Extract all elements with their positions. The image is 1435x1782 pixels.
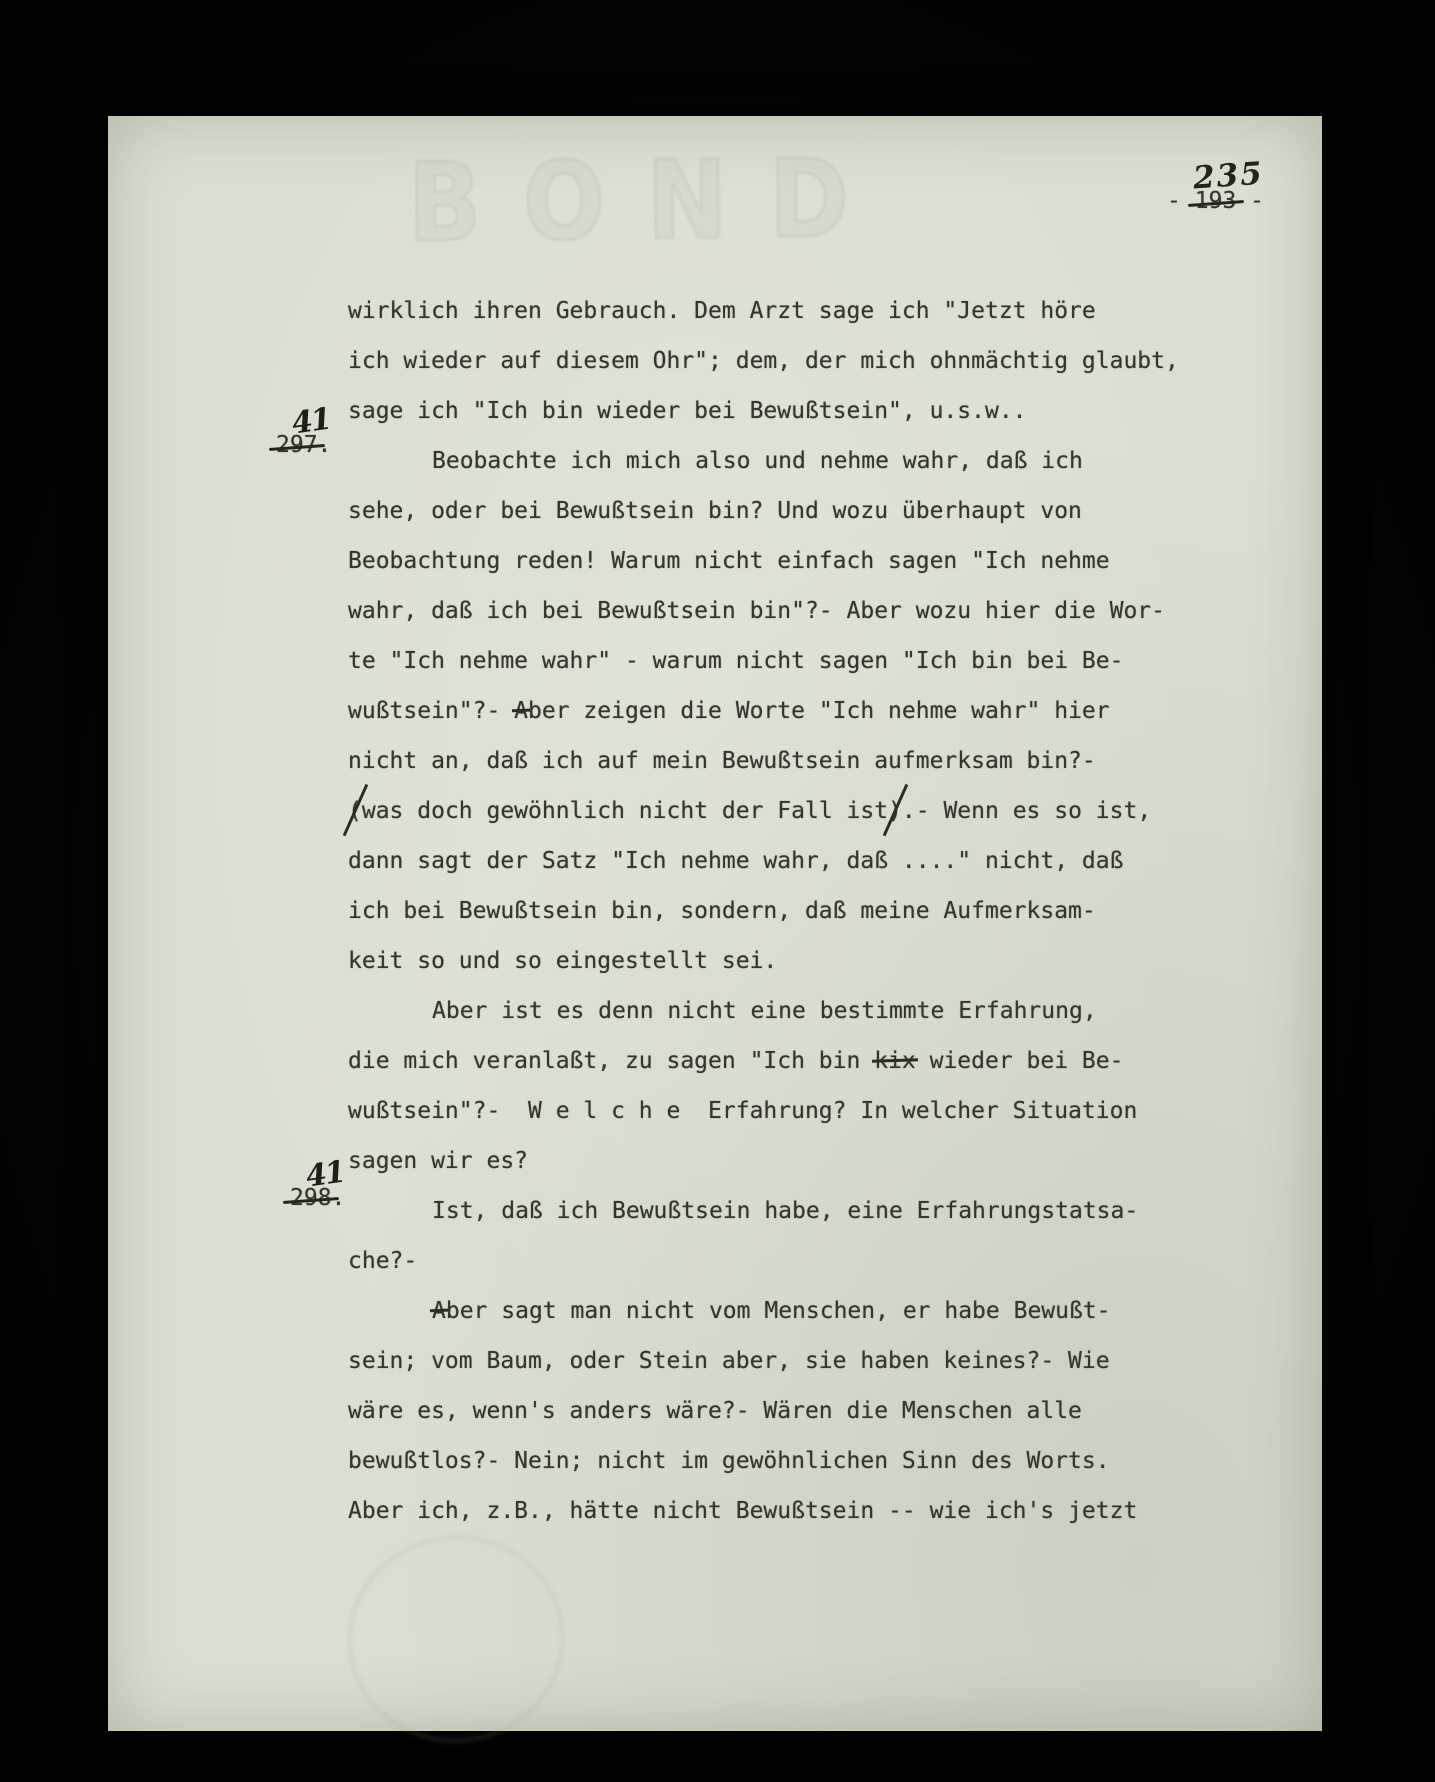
text-segment: ber zeigen die Worte "Ich nehme wahr" hi…	[528, 698, 1110, 724]
text-segment: nicht an, daß ich auf mein Bewußtsein au…	[348, 748, 1096, 774]
struck-remark-number: 298	[290, 1185, 332, 1211]
typescript-body: wirklich ihren Gebrauch. Dem Arzt sage i…	[348, 286, 1198, 1536]
text-line: wäre es, wenn's anders wäre?- Wären die …	[348, 1386, 1198, 1436]
page-number-block: 235 - 193 -	[1167, 158, 1264, 214]
text-line: ich wieder auf diesem Ohr"; dem, der mic…	[348, 336, 1198, 386]
struck-text-segment: A	[514, 686, 528, 736]
text-segment: keit so und so eingestellt sei.	[348, 948, 777, 974]
struck-text-segment: kix	[874, 1036, 916, 1086]
text-line: Beobachte ich mich also und nehme wahr, …	[348, 436, 1198, 486]
document-page: BOND 235 - 193 - 41 297. 41 298. wirklic…	[108, 116, 1322, 1731]
text-segment: sein; vom Baum, oder Stein aber, sie hab…	[348, 1348, 1110, 1374]
text-segment: ich bei Bewußtsein bin, sondern, daß mei…	[348, 898, 1096, 924]
text-line: dann sagt der Satz "Ich nehme wahr, daß …	[348, 836, 1198, 886]
paper-watermark: BOND	[408, 134, 1109, 266]
text-segment: sagen wir es?	[348, 1148, 528, 1174]
text-segment: sage ich "Ich bin wieder bei Bewußtsein"…	[348, 398, 1027, 424]
text-line: Beobachtung reden! Warum nicht einfach s…	[348, 536, 1198, 586]
text-segment: wäre es, wenn's anders wäre?- Wären die …	[348, 1398, 1082, 1424]
text-segment: dann sagt der Satz "Ich nehme wahr, daß …	[348, 848, 1123, 874]
text-segment: bewußtlos?- Nein; nicht im gewöhnlichen …	[348, 1448, 1110, 1474]
text-segment: wieder bei Be-	[916, 1048, 1124, 1074]
text-segment: wirklich ihren Gebrauch. Dem Arzt sage i…	[348, 298, 1096, 324]
text-segment: che?-	[348, 1248, 417, 1274]
text-segment: Aber ist es denn nicht eine bestimmte Er…	[432, 998, 1097, 1024]
text-line: wahr, daß ich bei Bewußtsein bin"?- Aber…	[348, 586, 1198, 636]
struck-old-page-number: 193	[1195, 188, 1237, 214]
struck-text-segment: A	[432, 1286, 446, 1336]
text-line: wußtsein"?- W e l c h e Erfahrung? In we…	[348, 1086, 1198, 1136]
text-line: Aber sagt man nicht vom Menschen, er hab…	[348, 1286, 1198, 1336]
photo-background: BOND 235 - 193 - 41 297. 41 298. wirklic…	[0, 0, 1435, 1782]
text-segment: Ist, daß ich Bewußtsein habe, eine Erfah…	[432, 1198, 1138, 1224]
text-line: bewußtlos?- Nein; nicht im gewöhnlichen …	[348, 1436, 1198, 1486]
text-line: wirklich ihren Gebrauch. Dem Arzt sage i…	[348, 286, 1198, 336]
text-line: wußtsein"?- Aber zeigen die Worte "Ich n…	[348, 686, 1198, 736]
text-line: ich bei Bewußtsein bin, sondern, daß mei…	[348, 886, 1198, 936]
text-segment: was doch gewöhnlich nicht der Fall ist	[362, 798, 888, 824]
text-segment: te "Ich nehme wahr" - warum nicht sagen …	[348, 648, 1123, 674]
text-segment: wußtsein"?-	[348, 698, 514, 724]
margin-annotation-298: 41 298.	[290, 1157, 345, 1211]
text-segment: Beobachtung reden! Warum nicht einfach s…	[348, 548, 1110, 574]
struck-text-segment: (	[348, 786, 362, 836]
text-line: sage ich "Ich bin wieder bei Bewußtsein"…	[348, 386, 1198, 436]
text-line: che?-	[348, 1236, 1198, 1286]
text-segment: Beobachte ich mich also und nehme wahr, …	[432, 448, 1083, 474]
struck-remark-number: 297	[276, 432, 318, 458]
text-line: die mich veranlaßt, zu sagen "Ich bin ki…	[348, 1036, 1198, 1086]
text-line: nicht an, daß ich auf mein Bewußtsein au…	[348, 736, 1198, 786]
text-line: te "Ich nehme wahr" - warum nicht sagen …	[348, 636, 1198, 686]
text-line: keit so und so eingestellt sei.	[348, 936, 1198, 986]
text-segment: wußtsein"?- W e l c h e Erfahrung? In we…	[348, 1098, 1137, 1124]
text-segment: Aber ich, z.B., hätte nicht Bewußtsein -…	[348, 1498, 1137, 1524]
text-line: Aber ist es denn nicht eine bestimmte Er…	[348, 986, 1198, 1036]
text-segment: die mich veranlaßt, zu sagen "Ich bin	[348, 1048, 874, 1074]
text-line: sehe, oder bei Bewußtsein bin? Und wozu …	[348, 486, 1198, 536]
text-line: (was doch gewöhnlich nicht der Fall ist)…	[348, 786, 1198, 836]
text-segment: ich wieder auf diesem Ohr"; dem, der mic…	[348, 348, 1179, 374]
text-segment: .- Wenn es so ist,	[902, 798, 1151, 824]
text-line: sein; vom Baum, oder Stein aber, sie hab…	[348, 1336, 1198, 1386]
text-segment: sehe, oder bei Bewußtsein bin? Und wozu …	[348, 498, 1082, 524]
text-line: Ist, daß ich Bewußtsein habe, eine Erfah…	[348, 1186, 1198, 1236]
paper-stain	[335, 1522, 578, 1756]
page-number-prefix: -	[1167, 188, 1195, 214]
text-segment: ber sagt man nicht vom Menschen, er habe…	[446, 1298, 1111, 1324]
text-line: Aber ich, z.B., hätte nicht Bewußtsein -…	[348, 1486, 1198, 1536]
margin-annotation-297: 41 297.	[276, 404, 331, 458]
struck-text-segment: )	[888, 786, 902, 836]
text-line: sagen wir es?	[348, 1136, 1198, 1186]
text-segment: wahr, daß ich bei Bewußtsein bin"?- Aber…	[348, 598, 1165, 624]
